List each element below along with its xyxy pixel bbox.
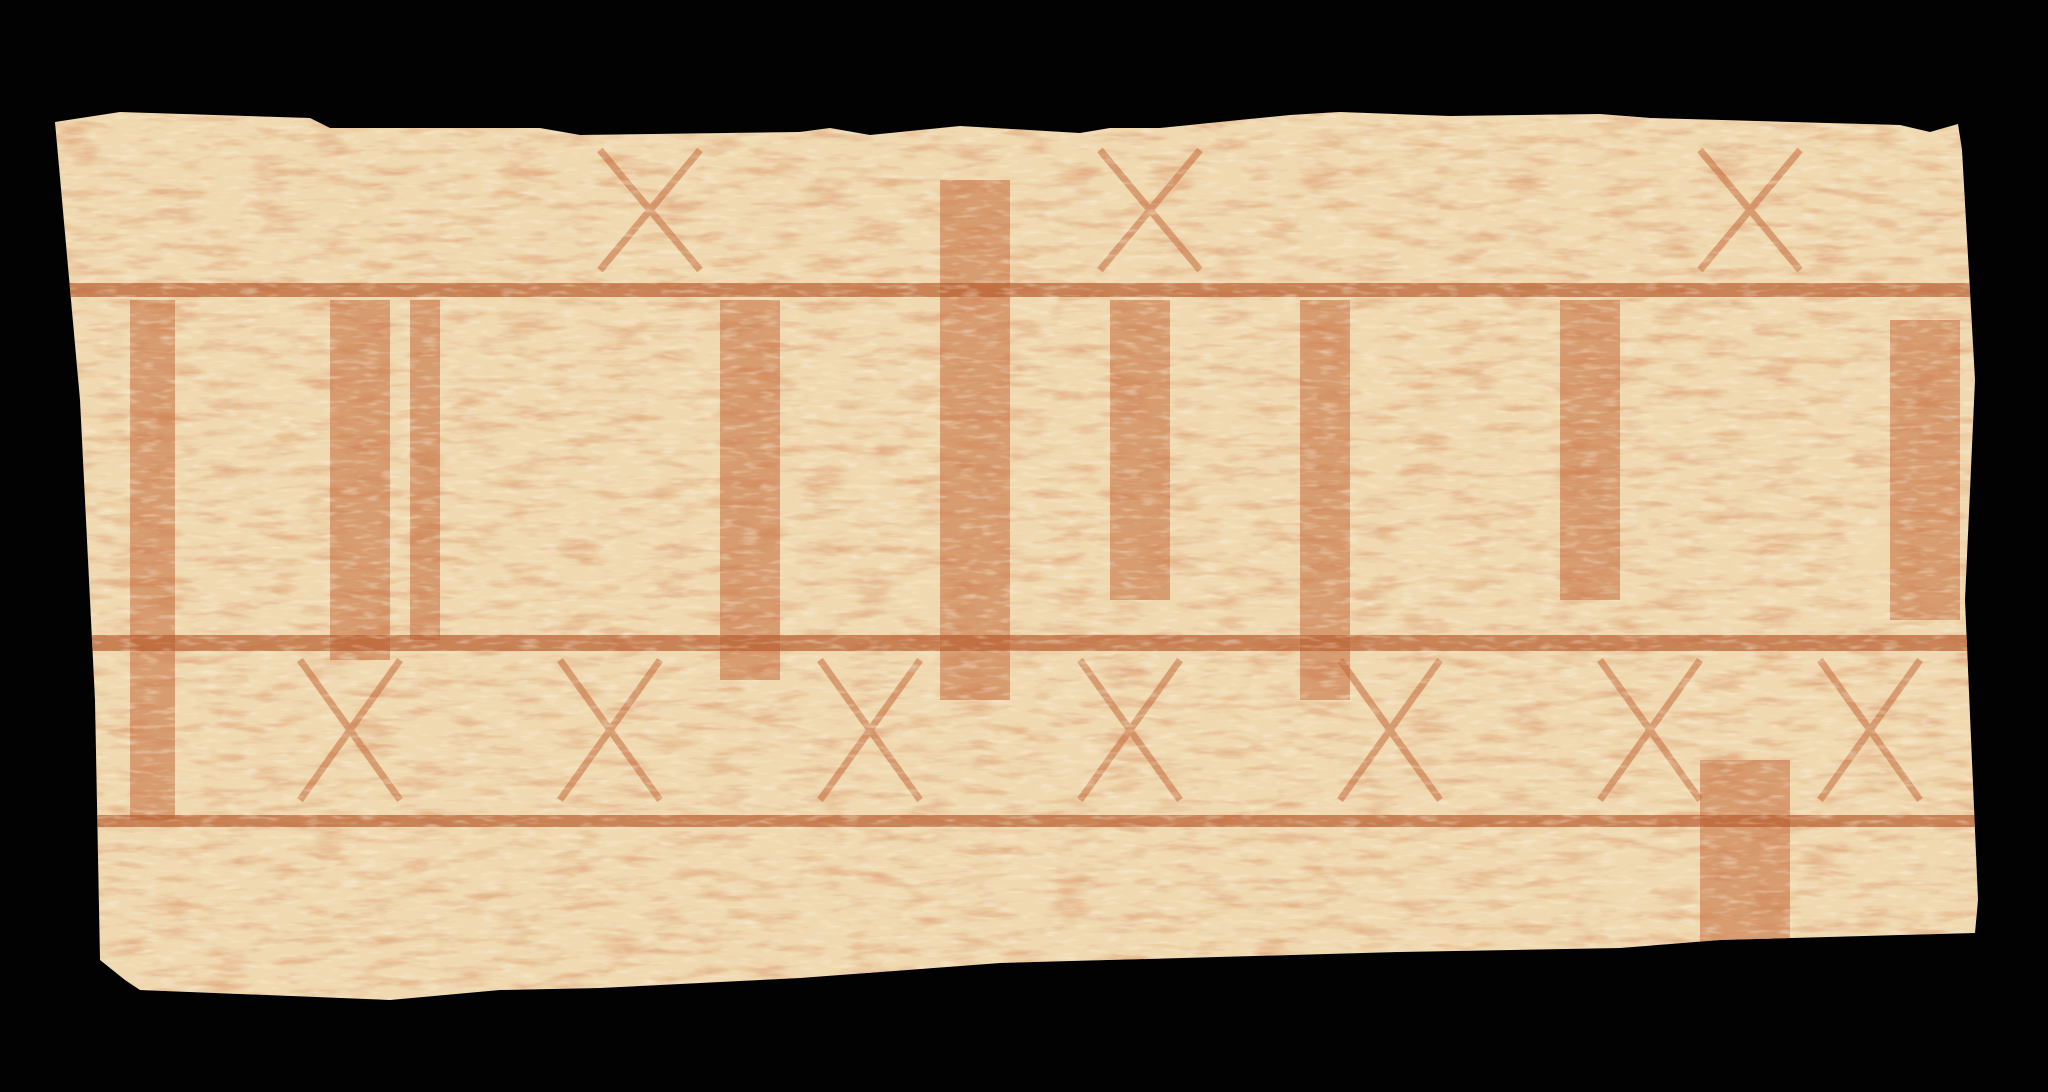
barkcloth-textile <box>0 0 2048 1092</box>
photo-background: Photograph of a rectangular piece of bar… <box>0 0 2048 1092</box>
cloth-surface <box>0 0 2048 1092</box>
